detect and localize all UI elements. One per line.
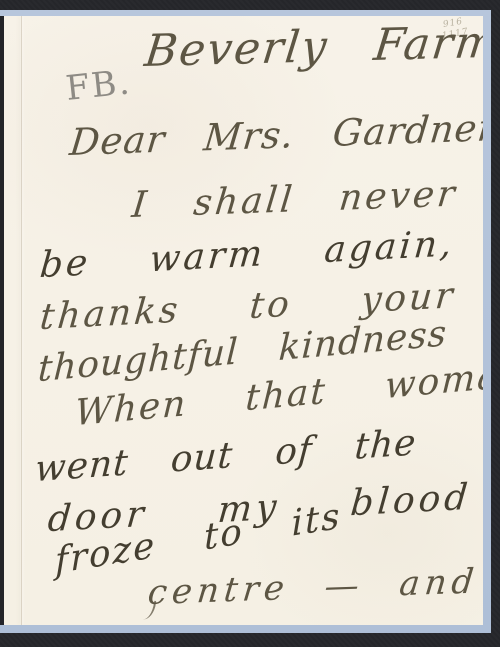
letter-line: be warm again, bbox=[38, 226, 456, 284]
letter-photograph: 916 1117 FB. Beverly Farms Dear Mrs. Gar… bbox=[0, 0, 500, 647]
pencil-initials: FB. bbox=[64, 65, 133, 106]
letter-heading: Beverly Farms bbox=[142, 20, 483, 74]
letter-salutation: Dear Mrs. Gardner bbox=[68, 109, 483, 161]
left-edge-shadow bbox=[0, 16, 4, 625]
page-fold-crease bbox=[21, 16, 22, 625]
letter-line: centre — and bbox=[146, 564, 480, 610]
stray-pen-mark bbox=[142, 599, 157, 620]
letter-page: 916 1117 FB. Beverly Farms Dear Mrs. Gar… bbox=[4, 16, 483, 625]
letter-line: went out of the bbox=[34, 425, 418, 488]
letter-line: I shall never bbox=[130, 177, 459, 225]
